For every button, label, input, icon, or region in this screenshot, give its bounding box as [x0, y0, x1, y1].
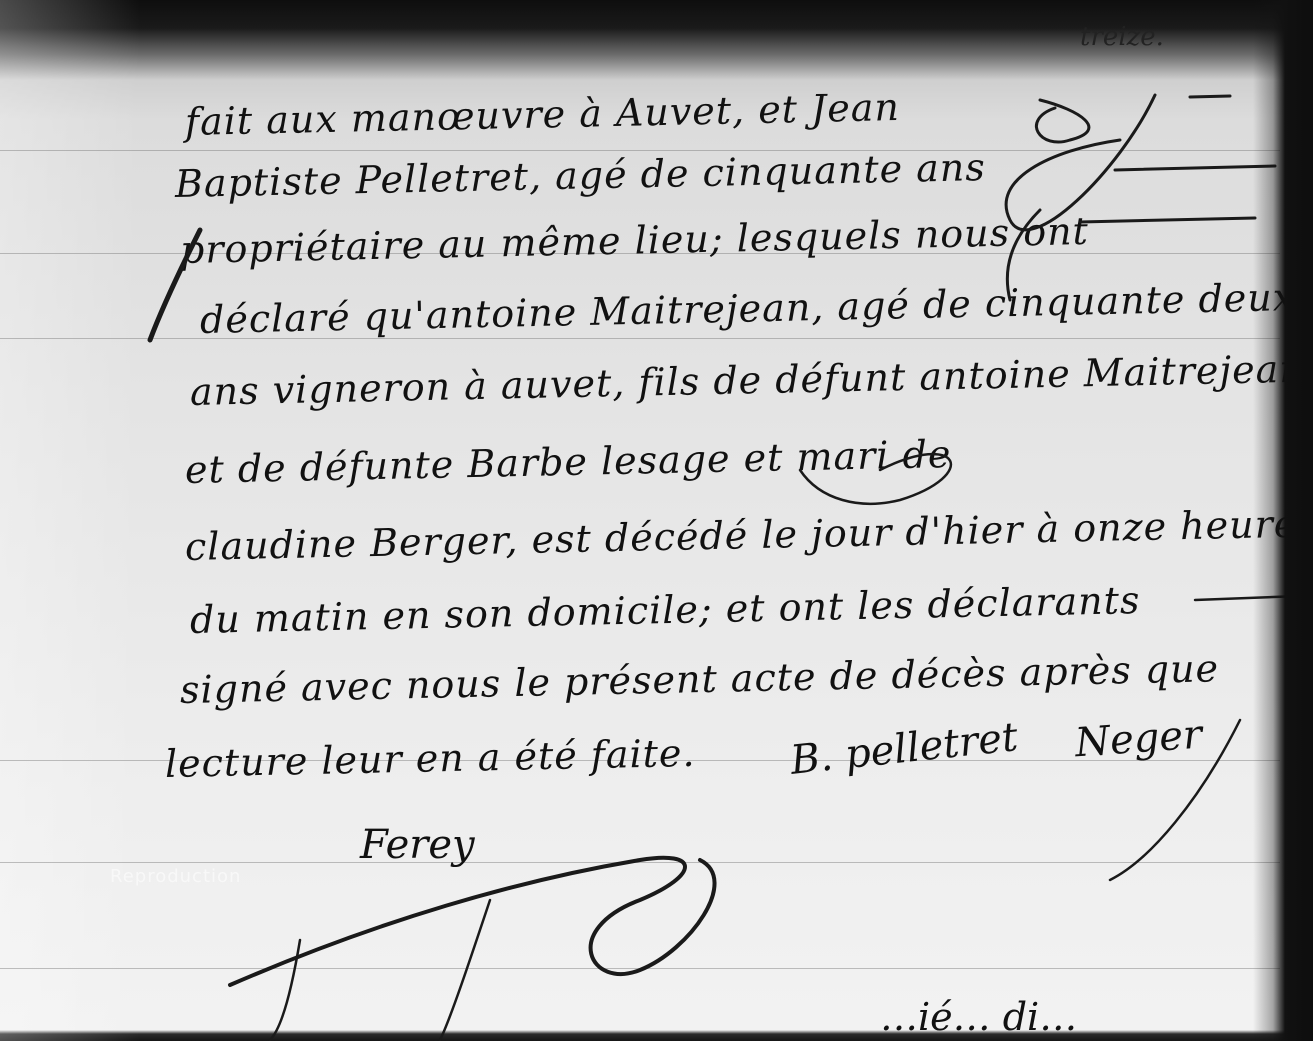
page-edge-shadow	[1253, 0, 1313, 1041]
watermark-text: Reproduction	[110, 866, 241, 887]
bottom-partial-text: …ié… di…	[880, 995, 1077, 1039]
document-scan: treize. fait aux manœuvre à Auvet, et Je…	[0, 0, 1313, 1041]
